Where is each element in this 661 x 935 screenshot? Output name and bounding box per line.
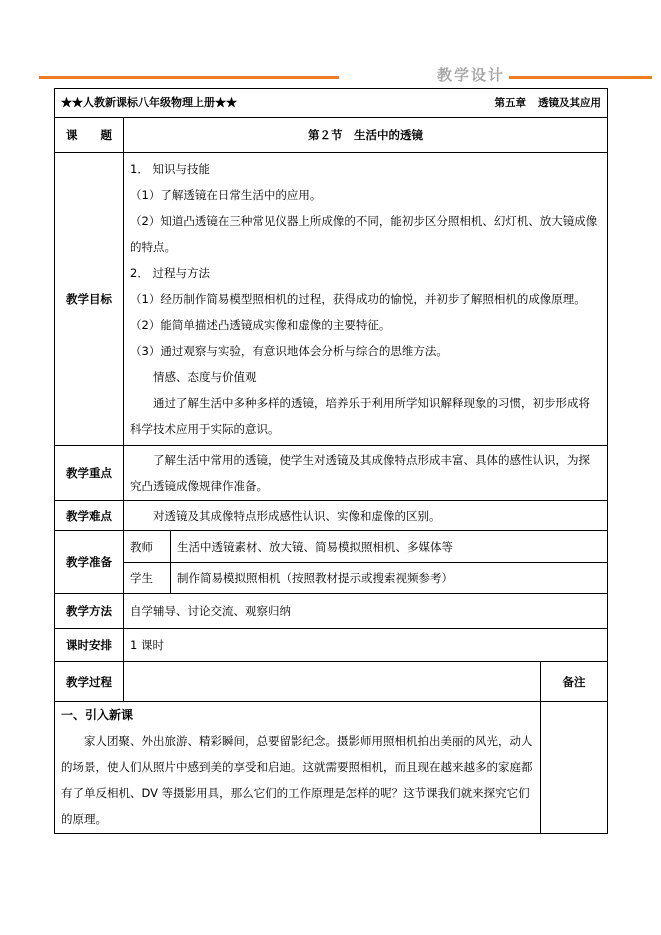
- lesson-plan-table: ★★人教新课标八年级物理上册★★ 第五章透镜及其应用 课 题 第２节 生活中的透…: [54, 88, 608, 834]
- objective-line: （2）能简单描述凸透镜成实像和虚像的主要特征。: [130, 312, 601, 338]
- intro-heading: 一、引入新课: [61, 702, 534, 728]
- schedule-label: 课时安排: [55, 629, 124, 662]
- process-empty: [124, 662, 541, 702]
- process-label: 教学过程: [55, 662, 124, 702]
- methods-row: 教学方法 自学辅导、讨论交流、观察归纳: [55, 594, 608, 629]
- course-title: 第２节 生活中的透镜: [124, 118, 608, 153]
- objective-line: 通过了解生活中多种多样的透镜，培养乐于利用所学知识解释现象的习惯，初步形成将科学…: [130, 390, 601, 442]
- schedule-row: 课时安排 1 课时: [55, 629, 608, 662]
- objective-line: （1）了解透镜在日常生活中的应用。: [130, 182, 601, 208]
- objectives-label: 教学目标: [55, 153, 124, 446]
- intro-row: 一、引入新课 家人团聚、外出旅游、精彩瞬间，总要留影纪念。摄影师用照相机拍出美丽…: [55, 702, 608, 834]
- student-materials: 制作简易模拟照相机（按照教材提示或搜索视频参考）: [171, 563, 608, 594]
- chapter-number: 第五章: [495, 97, 527, 109]
- difficulties-content: 对透镜及其成像特点形成感性认识、实像和虚像的区别。: [124, 501, 608, 531]
- preparation-label: 教学准备: [55, 531, 124, 594]
- intro-text: 家人团聚、外出旅游、精彩瞬间，总要留影纪念。摄影师用照相机拍出美丽的风光，动人的…: [61, 728, 534, 832]
- prep-student-row: 学生 制作简易模拟照相机（按照教材提示或搜索视频参考）: [55, 563, 608, 594]
- key-points-content: 了解生活中常用的透镜，使学生对透镜及其成像特点形成丰富、具体的感性认识，为探究凸…: [124, 446, 608, 501]
- header-title: 教学设计: [343, 64, 505, 85]
- objective-line: （2）知道凸透镜在三种常见仪器上所成像的不同，能初步区分照相机、幻灯机、放大镜成…: [130, 208, 601, 260]
- methods-label: 教学方法: [55, 594, 124, 629]
- objective-line: （3）通过观察与实验，有意识地体会分析与综合的思维方法。: [130, 338, 601, 364]
- chapter-title: 透镜及其应用: [538, 97, 601, 109]
- intro-content: 一、引入新课 家人团聚、外出旅游、精彩瞬间，总要留影纪念。摄影师用照相机拍出美丽…: [55, 702, 541, 834]
- objective-heading-process: 2． 过程与方法: [130, 260, 601, 286]
- header-rule-right: [509, 76, 652, 79]
- objective-heading-values: 情感、态度与价值观: [130, 364, 601, 390]
- key-points-row: 教学重点 了解生活中常用的透镜，使学生对透镜及其成像特点形成丰富、具体的感性认识…: [55, 446, 608, 501]
- chapter-info: 第五章透镜及其应用: [495, 90, 602, 116]
- methods-content: 自学辅导、讨论交流、观察归纳: [124, 594, 608, 629]
- topic-row: 课 题 第２节 生活中的透镜: [55, 118, 608, 153]
- difficulties-row: 教学难点 对透镜及其成像特点形成感性认识、实像和虚像的区别。: [55, 501, 608, 531]
- difficulties-label: 教学难点: [55, 501, 124, 531]
- topic-label: 课 题: [55, 118, 124, 153]
- schedule-content: 1 课时: [124, 629, 608, 662]
- remarks-label: 备注: [541, 662, 608, 702]
- objectives-content: 1． 知识与技能 （1）了解透镜在日常生活中的应用。 （2）知道凸透镜在三种常见…: [124, 153, 608, 446]
- objectives-row: 教学目标 1． 知识与技能 （1）了解透镜在日常生活中的应用。 （2）知道凸透镜…: [55, 153, 608, 446]
- intro-remarks: [541, 702, 608, 834]
- prep-teacher-row: 教学准备 教师 生活中透镜素材、放大镜、简易模拟照相机、多媒体等: [55, 531, 608, 563]
- teacher-materials: 生活中透镜素材、放大镜、简易模拟照相机、多媒体等: [171, 531, 608, 563]
- textbook-title: ★★人教新课标八年级物理上册★★: [61, 90, 237, 116]
- teacher-label: 教师: [124, 531, 171, 563]
- banner-row: ★★人教新课标八年级物理上册★★ 第五章透镜及其应用: [55, 89, 608, 118]
- header-rule-left: [39, 76, 339, 79]
- student-label: 学生: [124, 563, 171, 594]
- key-points-label: 教学重点: [55, 446, 124, 501]
- banner-cell: ★★人教新课标八年级物理上册★★ 第五章透镜及其应用: [55, 89, 608, 118]
- objective-heading-knowledge: 1． 知识与技能: [130, 156, 601, 182]
- process-row: 教学过程 备注: [55, 662, 608, 702]
- objective-line: （1）经历制作简易模型照相机的过程，获得成功的愉悦，并初步了解照相机的成像原理。: [130, 286, 601, 312]
